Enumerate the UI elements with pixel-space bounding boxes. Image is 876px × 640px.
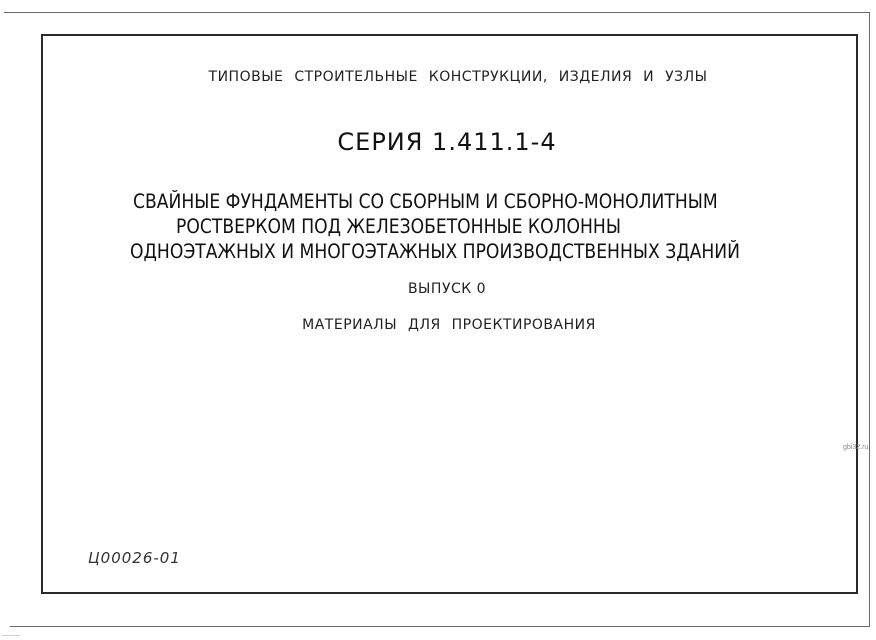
outer-trim-line-top (4, 12, 870, 13)
series-number: СЕРИЯ 1.411.1-4 (18, 128, 876, 156)
document-code: Ц00026-01 (88, 549, 181, 567)
outer-trim-line-bottom (10, 626, 870, 627)
document-supertitle: ТИПОВЫЕ СТРОИТЕЛЬНЫЕ КОНСТРУКЦИИ, ИЗДЕЛИ… (40, 69, 876, 85)
document-subtitle: МАТЕРИАЛЫ ДЛЯ ПРОЕКТИРОВАНИЯ (22, 317, 876, 333)
document-title-line-2: РОСТВЕРКОМ ПОД ЖЕЛЕЗОБЕТОННЫЕ КОЛОННЫ (176, 215, 621, 238)
scan-tick-mark (2, 635, 20, 636)
drawing-frame (41, 34, 858, 594)
issue-number: ВЫПУСК 0 (18, 281, 876, 297)
document-title-line-1: СВАЙНЫЕ ФУНДАМЕНТЫ СО СБОРНЫМ И СБОРНО-М… (133, 190, 718, 213)
watermark: gbi32.ru (843, 444, 868, 451)
document-title-line-3: ОДНОЭТАЖНЫХ И МНОГОЭТАЖНЫХ ПРОИЗВОДСТВЕН… (130, 240, 740, 263)
